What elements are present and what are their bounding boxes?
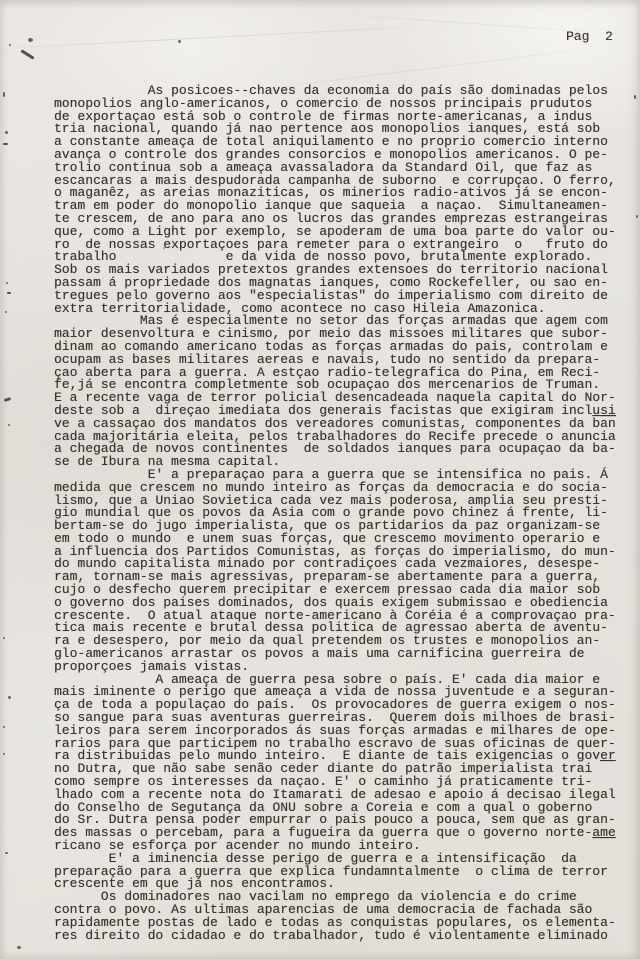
paper-speck [634, 95, 636, 99]
paper-speck [178, 40, 181, 43]
paper-speck [163, 247, 165, 249]
paper-speck [3, 143, 8, 145]
paper-crease [0, 22, 490, 50]
ink-smudge [20, 49, 34, 59]
document-text: As posicoes--chaves da economia do país … [54, 85, 632, 942]
paper-speck [636, 215, 638, 218]
text-line: res direito do cidadao e do trabalhador,… [54, 930, 632, 943]
paper-speck [7, 292, 11, 294]
page-number: Pag 2 [566, 29, 613, 44]
underlined-text: er [600, 748, 616, 763]
paper-speck [8, 696, 11, 699]
paper-speck [3, 92, 5, 97]
paper-speck [9, 44, 11, 46]
paper-speck [3, 726, 5, 728]
underlined-text: ame [592, 825, 615, 840]
paper-speck [28, 38, 33, 42]
paper-speck [5, 131, 8, 134]
paper-speck [3, 637, 5, 639]
scanned-document-page: { "page": { "number_label": "Pag 2", "pa… [0, 0, 640, 959]
paper-speck [8, 424, 10, 426]
paper-speck [5, 852, 8, 854]
paper-speck [5, 311, 7, 313]
paper-speck [3, 753, 5, 755]
paper-speck [4, 397, 12, 402]
paper-speck [6, 282, 8, 284]
paper-speck [17, 946, 21, 949]
